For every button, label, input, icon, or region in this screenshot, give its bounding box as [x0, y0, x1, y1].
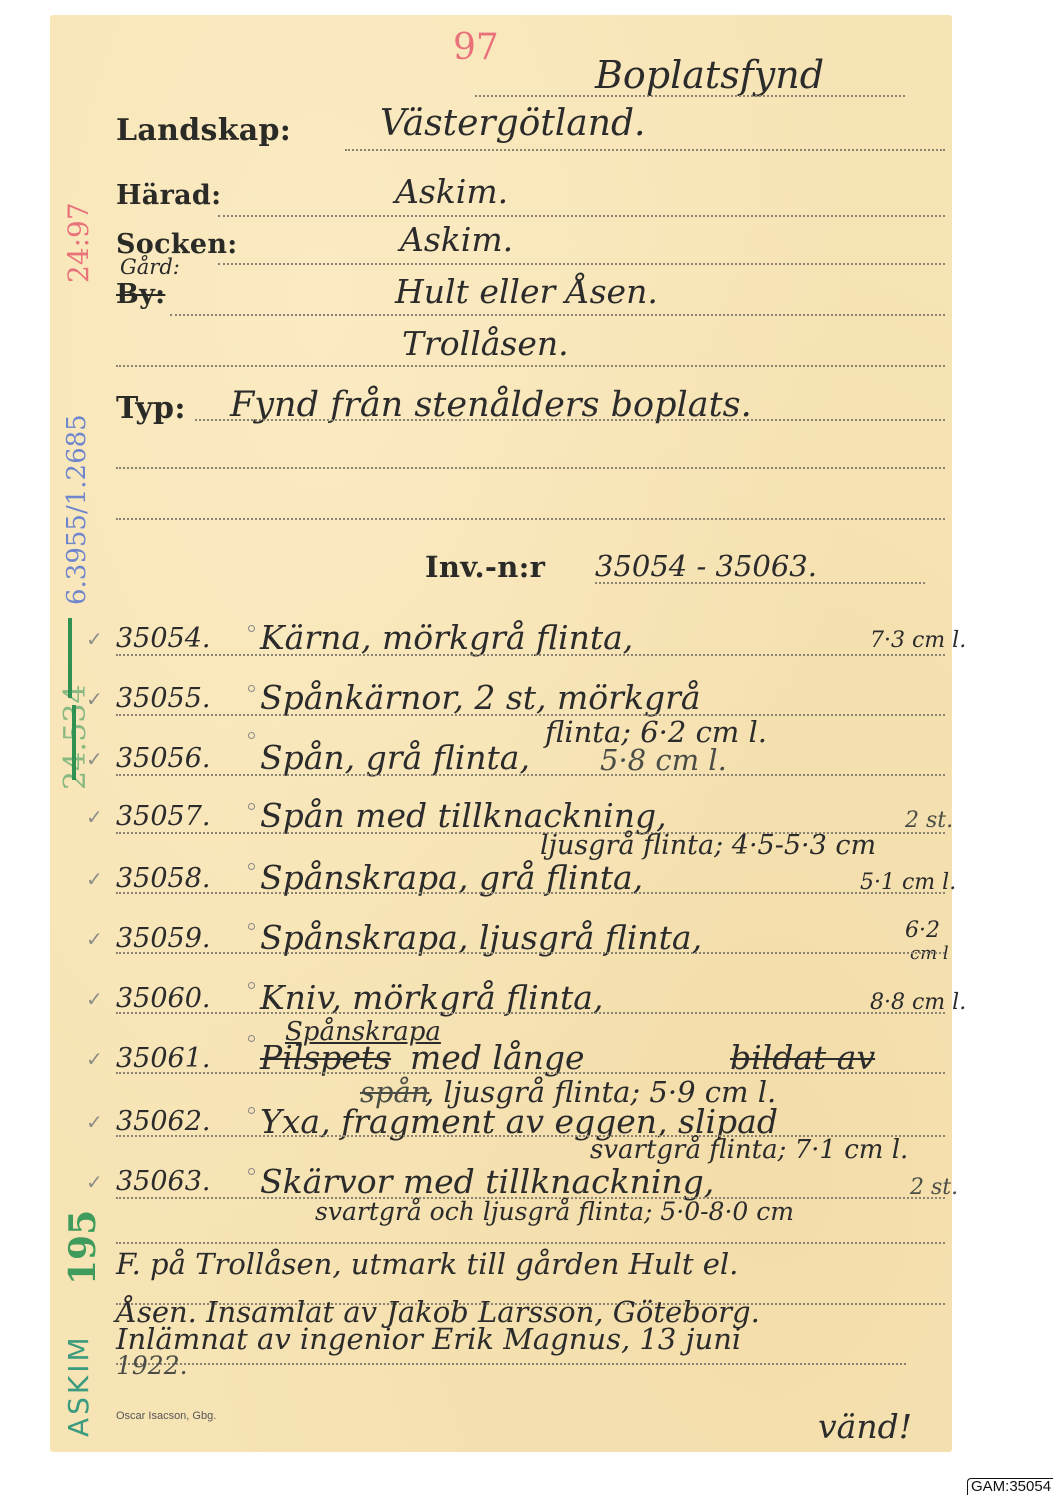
- dot-marker-icon: [248, 1035, 255, 1042]
- item-continuation: ljusgrå flinta; 4·5-5·3 cm: [540, 830, 876, 861]
- askim-stamp: ASKIM: [62, 1334, 95, 1437]
- strike-bar: [72, 705, 76, 780]
- dot-marker-icon: [248, 863, 255, 870]
- item-number: 35058.: [116, 863, 210, 894]
- catalog-card: 97 Boplatsfynd Landskap: Västergötland. …: [50, 15, 952, 1452]
- item-measure: 2 st.: [905, 808, 953, 833]
- label-typ: Typ:: [116, 391, 186, 426]
- item-description: Skärvor med tillknackning,: [260, 1162, 714, 1201]
- dotted-line: [116, 518, 945, 520]
- value-place: Trollåsen.: [402, 324, 569, 363]
- check-mark-icon: ✓: [86, 627, 103, 651]
- dotted-line: [116, 714, 945, 716]
- category-number: 97: [453, 27, 499, 68]
- value-socken: Askim.: [400, 220, 513, 259]
- check-mark-icon: ✓: [86, 805, 103, 829]
- dotted-line: [116, 952, 945, 954]
- label-landskap: Landskap:: [116, 113, 291, 148]
- note-line-4: 1922.: [116, 1351, 188, 1380]
- dotted-line: [595, 582, 925, 584]
- margin-green-number: 195: [62, 1210, 104, 1285]
- item-number: 35059.: [116, 923, 210, 954]
- card-notch: [473, 1457, 487, 1468]
- item-continuation: svartgrå och ljusgrå flinta; 5·0-8·0 cm: [315, 1197, 794, 1226]
- dotted-line: [218, 215, 945, 217]
- margin-blue-reference: 6.3955/1.2685: [62, 414, 92, 605]
- check-mark-icon: ✓: [86, 987, 103, 1011]
- check-mark-icon: ✓: [86, 1110, 103, 1134]
- item-number: 35054.: [116, 623, 210, 654]
- dotted-line: [116, 1072, 945, 1074]
- dotted-line: [218, 263, 945, 265]
- label-by-struck: By:: [116, 279, 165, 310]
- check-mark-icon: ✓: [86, 1170, 103, 1194]
- dot-marker-icon: [248, 1107, 255, 1114]
- item-number: 35056.: [116, 743, 210, 774]
- note-line-3: Inlämnat av ingenior Erik Magnus, 13 jun…: [116, 1322, 741, 1356]
- label-harad: Härad:: [116, 180, 221, 211]
- label-inventory: Inv.-n:r: [425, 550, 545, 584]
- check-mark-icon: ✓: [86, 1047, 103, 1071]
- dotted-line: [170, 314, 945, 316]
- value-gard: Hult eller Åsen.: [395, 272, 658, 311]
- dot-marker-icon: [248, 982, 255, 989]
- turn-over-note: vänd!: [818, 1407, 912, 1446]
- item-number: 35060.: [116, 983, 210, 1014]
- dotted-line: [475, 95, 905, 97]
- item-number: 35062.: [116, 1106, 210, 1137]
- dotted-line: [116, 1242, 945, 1244]
- category-title: Boplatsfynd: [595, 53, 824, 97]
- printer-imprint: Oscar Isacson, Gbg.: [116, 1410, 216, 1422]
- dot-marker-icon: [248, 625, 255, 632]
- dotted-line: [116, 892, 945, 894]
- dot-marker-icon: [248, 685, 255, 692]
- value-harad: Askim.: [395, 172, 508, 211]
- note-line-1: F. på Trollåsen, utmark till gården Hult…: [116, 1247, 738, 1281]
- dotted-line: [116, 774, 945, 776]
- archive-id-label: GAM:35054: [967, 1478, 1053, 1495]
- dotted-line: [116, 467, 945, 469]
- dotted-line: [345, 149, 945, 151]
- dotted-line: [195, 419, 945, 421]
- item-description: Spån, grå flinta,: [260, 738, 530, 777]
- check-mark-icon: ✓: [86, 867, 103, 891]
- item-number: 35063.: [116, 1166, 210, 1197]
- item-description: Spånkärnor, 2 st, mörkgrå: [260, 678, 701, 717]
- item-description: Kärna, mörkgrå flinta,: [260, 618, 633, 657]
- item-measure: 6·2: [905, 918, 940, 943]
- dotted-line: [116, 654, 945, 656]
- check-mark-icon: ✓: [86, 927, 103, 951]
- dotted-line: [116, 1363, 906, 1365]
- dot-marker-icon: [248, 732, 255, 739]
- dotted-line: [116, 1012, 945, 1014]
- item-continuation: svartgrå flinta; 7·1 cm l.: [590, 1135, 908, 1165]
- inventory-range: 35054 - 35063.: [595, 549, 817, 583]
- dot-marker-icon: [248, 803, 255, 810]
- item-measure: 5·8 cm l.: [600, 743, 727, 777]
- dot-marker-icon: [248, 923, 255, 930]
- item-number: 35057.: [116, 801, 210, 832]
- item-measure: 7·3 cm l.: [870, 628, 966, 653]
- item-number: 35055.: [116, 683, 210, 714]
- strike-bar: [68, 618, 72, 698]
- dotted-line: [116, 365, 945, 367]
- label-gard-correction: Gård:: [120, 255, 180, 279]
- item-number: 35061.: [116, 1043, 210, 1074]
- margin-red-reference: 24:97: [62, 202, 95, 283]
- value-landskap: Västergötland.: [380, 103, 645, 144]
- dot-marker-icon: [248, 1168, 255, 1175]
